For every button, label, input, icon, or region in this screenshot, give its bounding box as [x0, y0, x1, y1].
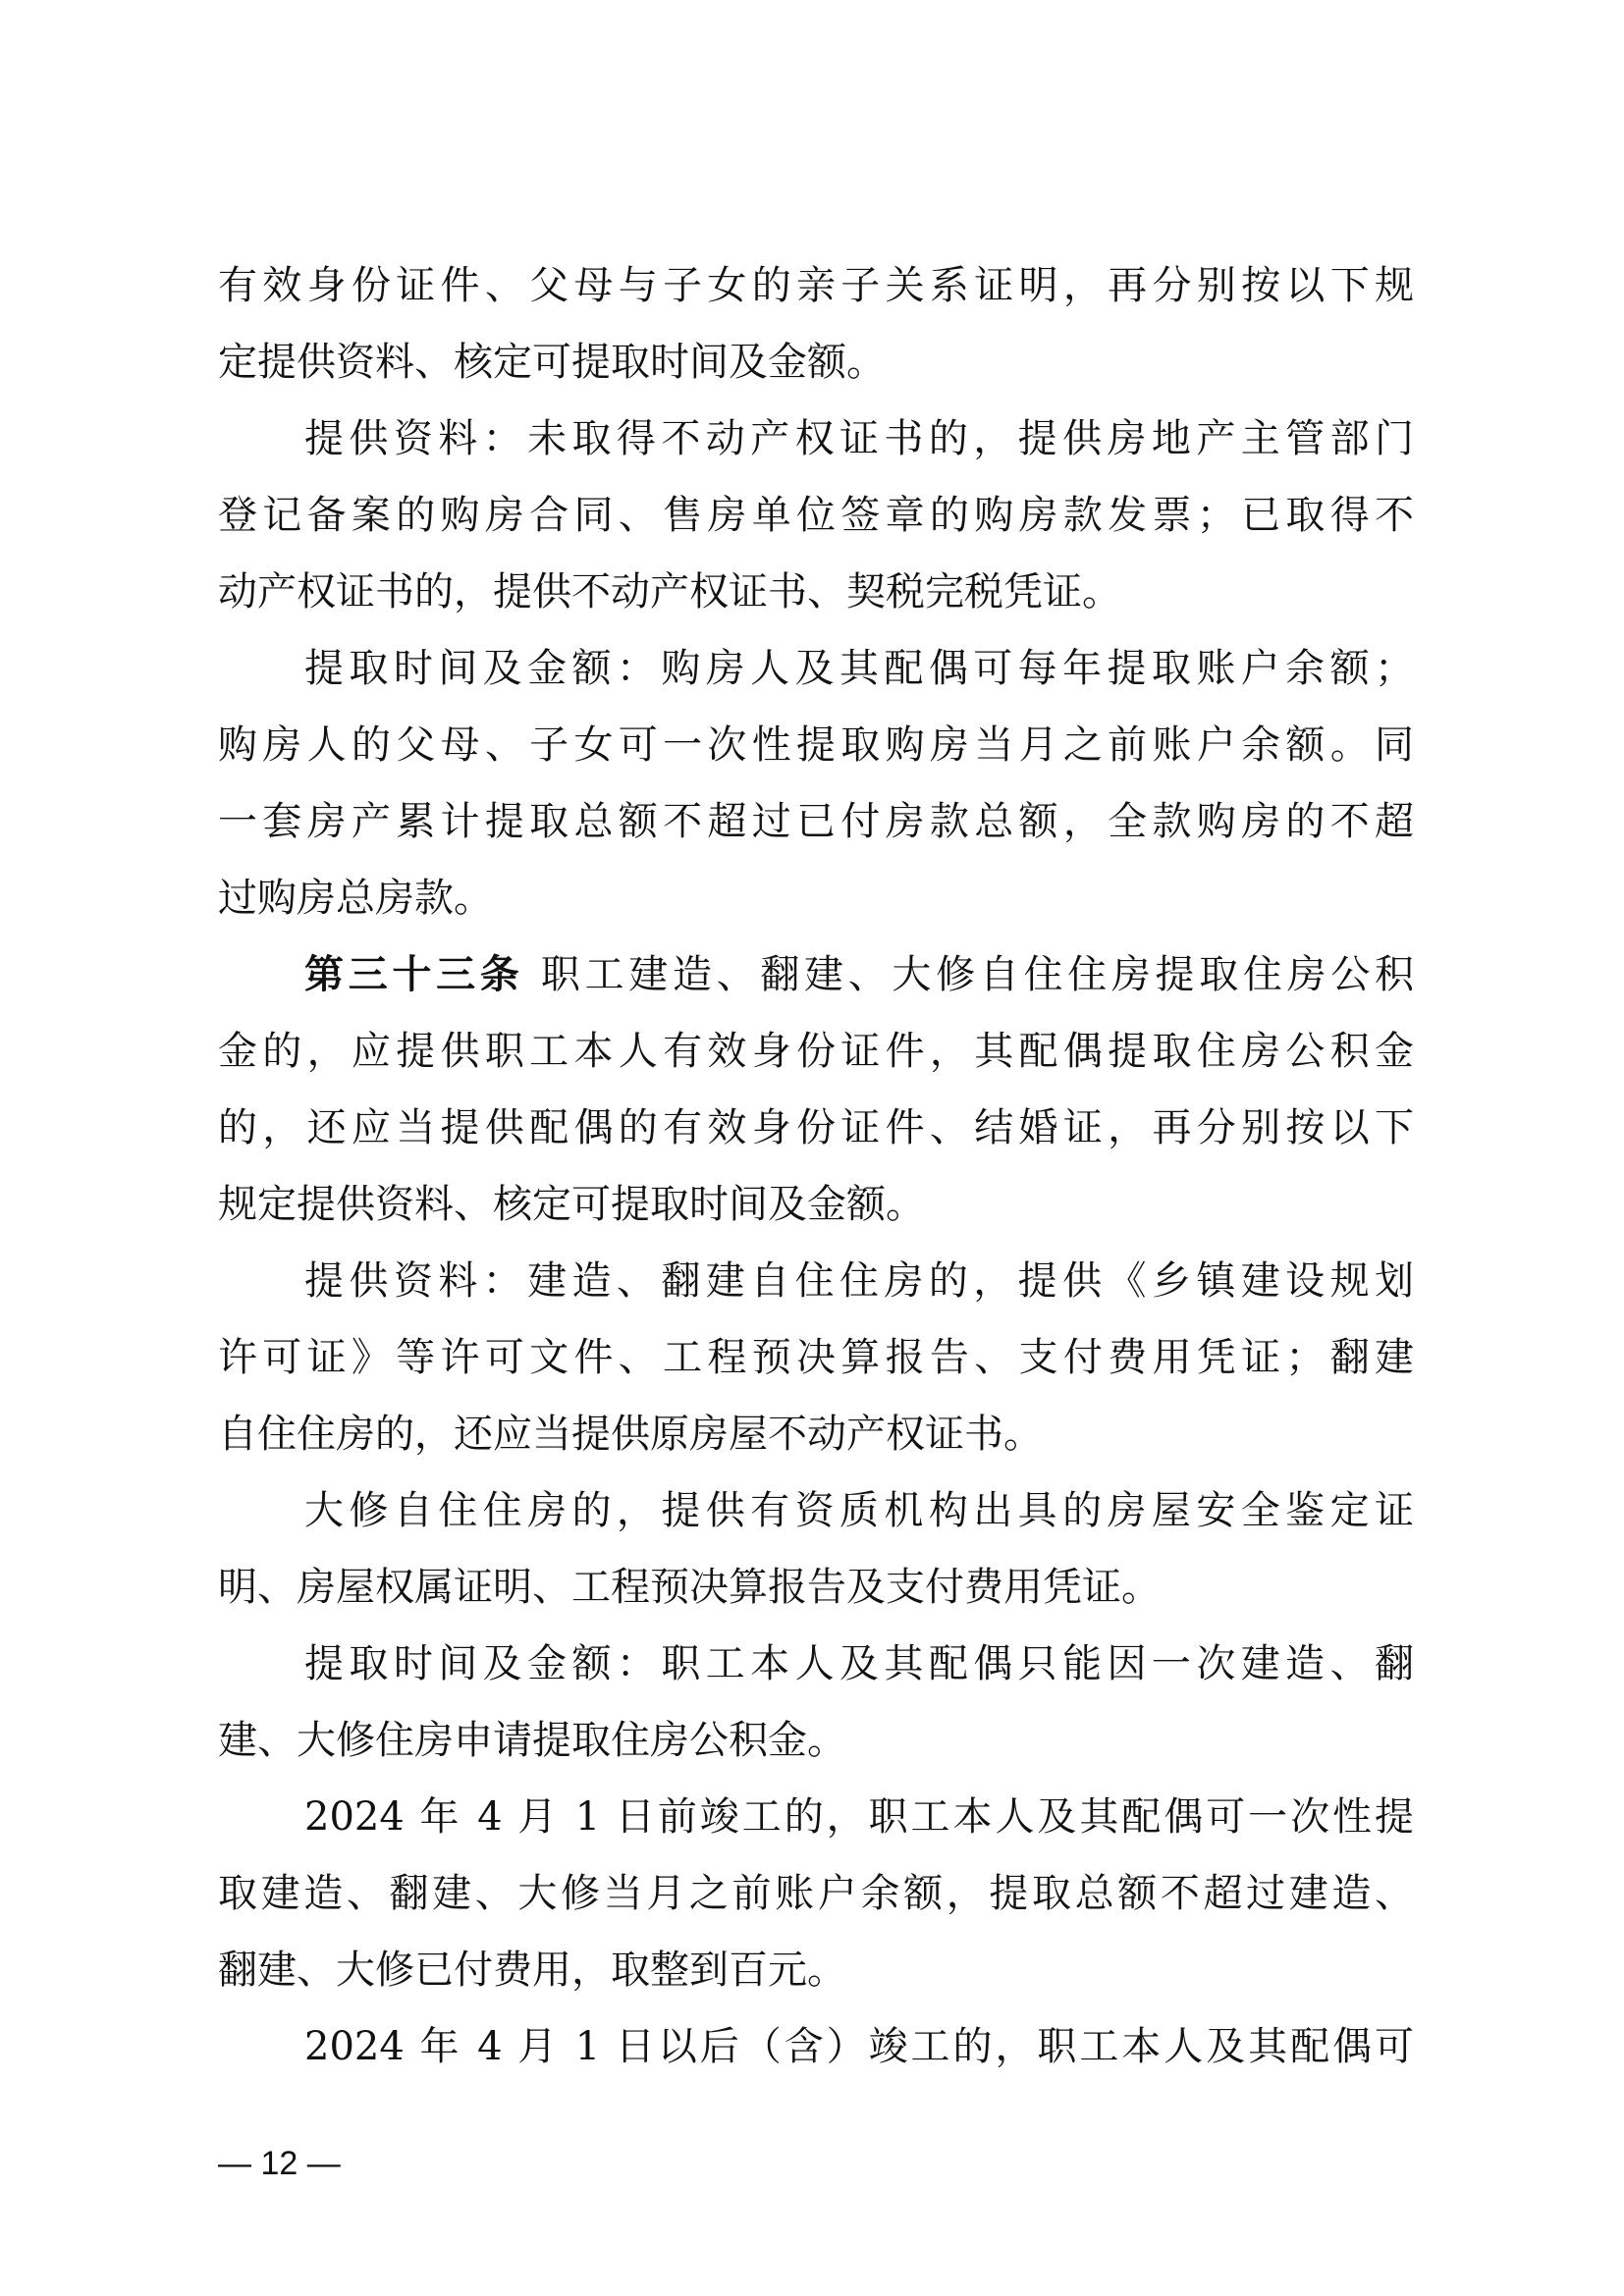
text-line: 2024 年 4 月 1 日前竣工的，职工本人及其配偶可一次性提: [218, 1779, 1414, 1855]
text-line: 提供资料：建造、翻建自住住房的，提供《乡镇建设规划: [218, 1243, 1414, 1319]
text-line: 过购房总房款。: [218, 860, 1414, 936]
text-line: 提取时间及金额：职工本人及其配偶只能因一次建造、翻: [218, 1626, 1414, 1702]
text-line: 许可证》等许可文件、工程预决算报告、支付费用凭证；翻建: [218, 1319, 1414, 1396]
text-line: 翻建、大修已付费用，取整到百元。: [218, 1932, 1414, 2008]
article-text: 职工建造、翻建、大修自住住房提取住房公积: [523, 952, 1414, 997]
text-line: 取建造、翻建、大修当月之前账户余额，提取总额不超过建造、: [218, 1855, 1414, 1932]
paragraph-before-2024: 2024 年 4 月 1 日前竣工的，职工本人及其配偶可一次性提 取建造、翻建、…: [218, 1779, 1414, 2008]
text-line: 建、大修住房申请提取住房公积金。: [218, 1702, 1414, 1779]
paragraph-time-amount-purchase: 提取时间及金额：购房人及其配偶可每年提取账户余额； 购房人的父母、子女可一次性提…: [218, 630, 1414, 936]
text-line: 有效身份证件、父母与子女的亲子关系证明，再分别按以下规: [218, 247, 1414, 324]
text-line: 2024 年 4 月 1 日以后（含）竣工的，职工本人及其配偶可: [218, 2008, 1414, 2085]
text-line: 第三十三条 职工建造、翻建、大修自住住房提取住房公积: [218, 936, 1414, 1013]
text-line: 金的，应提供职工本人有效身份证件，其配偶提取住房公积金: [218, 1013, 1414, 1090]
article-33: 第三十三条 职工建造、翻建、大修自住住房提取住房公积 金的，应提供职工本人有效身…: [218, 936, 1414, 1243]
text-line: 自住住房的，还应当提供原房屋不动产权证书。: [218, 1396, 1414, 1472]
article-heading: 第三十三条: [304, 952, 523, 997]
document-page: 有效身份证件、父母与子女的亲子关系证明，再分别按以下规 定提供资料、核定可提取时…: [218, 247, 1414, 2085]
paragraph-time-amount-build: 提取时间及金额：职工本人及其配偶只能因一次建造、翻 建、大修住房申请提取住房公积…: [218, 1626, 1414, 1779]
text-line: 提供资料：未取得不动产权证书的，提供房地产主管部门: [218, 400, 1414, 477]
paragraph-materials-build: 提供资料：建造、翻建自住住房的，提供《乡镇建设规划 许可证》等许可文件、工程预决…: [218, 1243, 1414, 1472]
paragraph-materials-purchase: 提供资料：未取得不动产权证书的，提供房地产主管部门 登记备案的购房合同、售房单位…: [218, 400, 1414, 630]
paragraph-materials-repair: 大修自住住房的，提供有资质机构出具的房屋安全鉴定证 明、房屋权属证明、工程预决算…: [218, 1472, 1414, 1626]
text-line: 的，还应当提供配偶的有效身份证件、结婚证，再分别按以下: [218, 1090, 1414, 1166]
paragraph-continuation: 有效身份证件、父母与子女的亲子关系证明，再分别按以下规 定提供资料、核定可提取时…: [218, 247, 1414, 400]
paragraph-after-2024: 2024 年 4 月 1 日以后（含）竣工的，职工本人及其配偶可: [218, 2008, 1414, 2085]
text-line: 规定提供资料、核定可提取时间及金额。: [218, 1166, 1414, 1243]
text-line: 登记备案的购房合同、售房单位签章的购房款发票；已取得不: [218, 477, 1414, 554]
page-number: — 12 —: [218, 2145, 341, 2183]
text-line: 提取时间及金额：购房人及其配偶可每年提取账户余额；: [218, 630, 1414, 707]
text-line: 动产权证书的，提供不动产权证书、契税完税凭证。: [218, 554, 1414, 630]
text-line: 定提供资料、核定可提取时间及金额。: [218, 324, 1414, 400]
text-line: 明、房屋权属证明、工程预决算报告及支付费用凭证。: [218, 1549, 1414, 1626]
text-line: 大修自住住房的，提供有资质机构出具的房屋安全鉴定证: [218, 1472, 1414, 1549]
text-line: 一套房产累计提取总额不超过已付房款总额，全款购房的不超: [218, 783, 1414, 860]
text-line: 购房人的父母、子女可一次性提取购房当月之前账户余额。同: [218, 707, 1414, 783]
